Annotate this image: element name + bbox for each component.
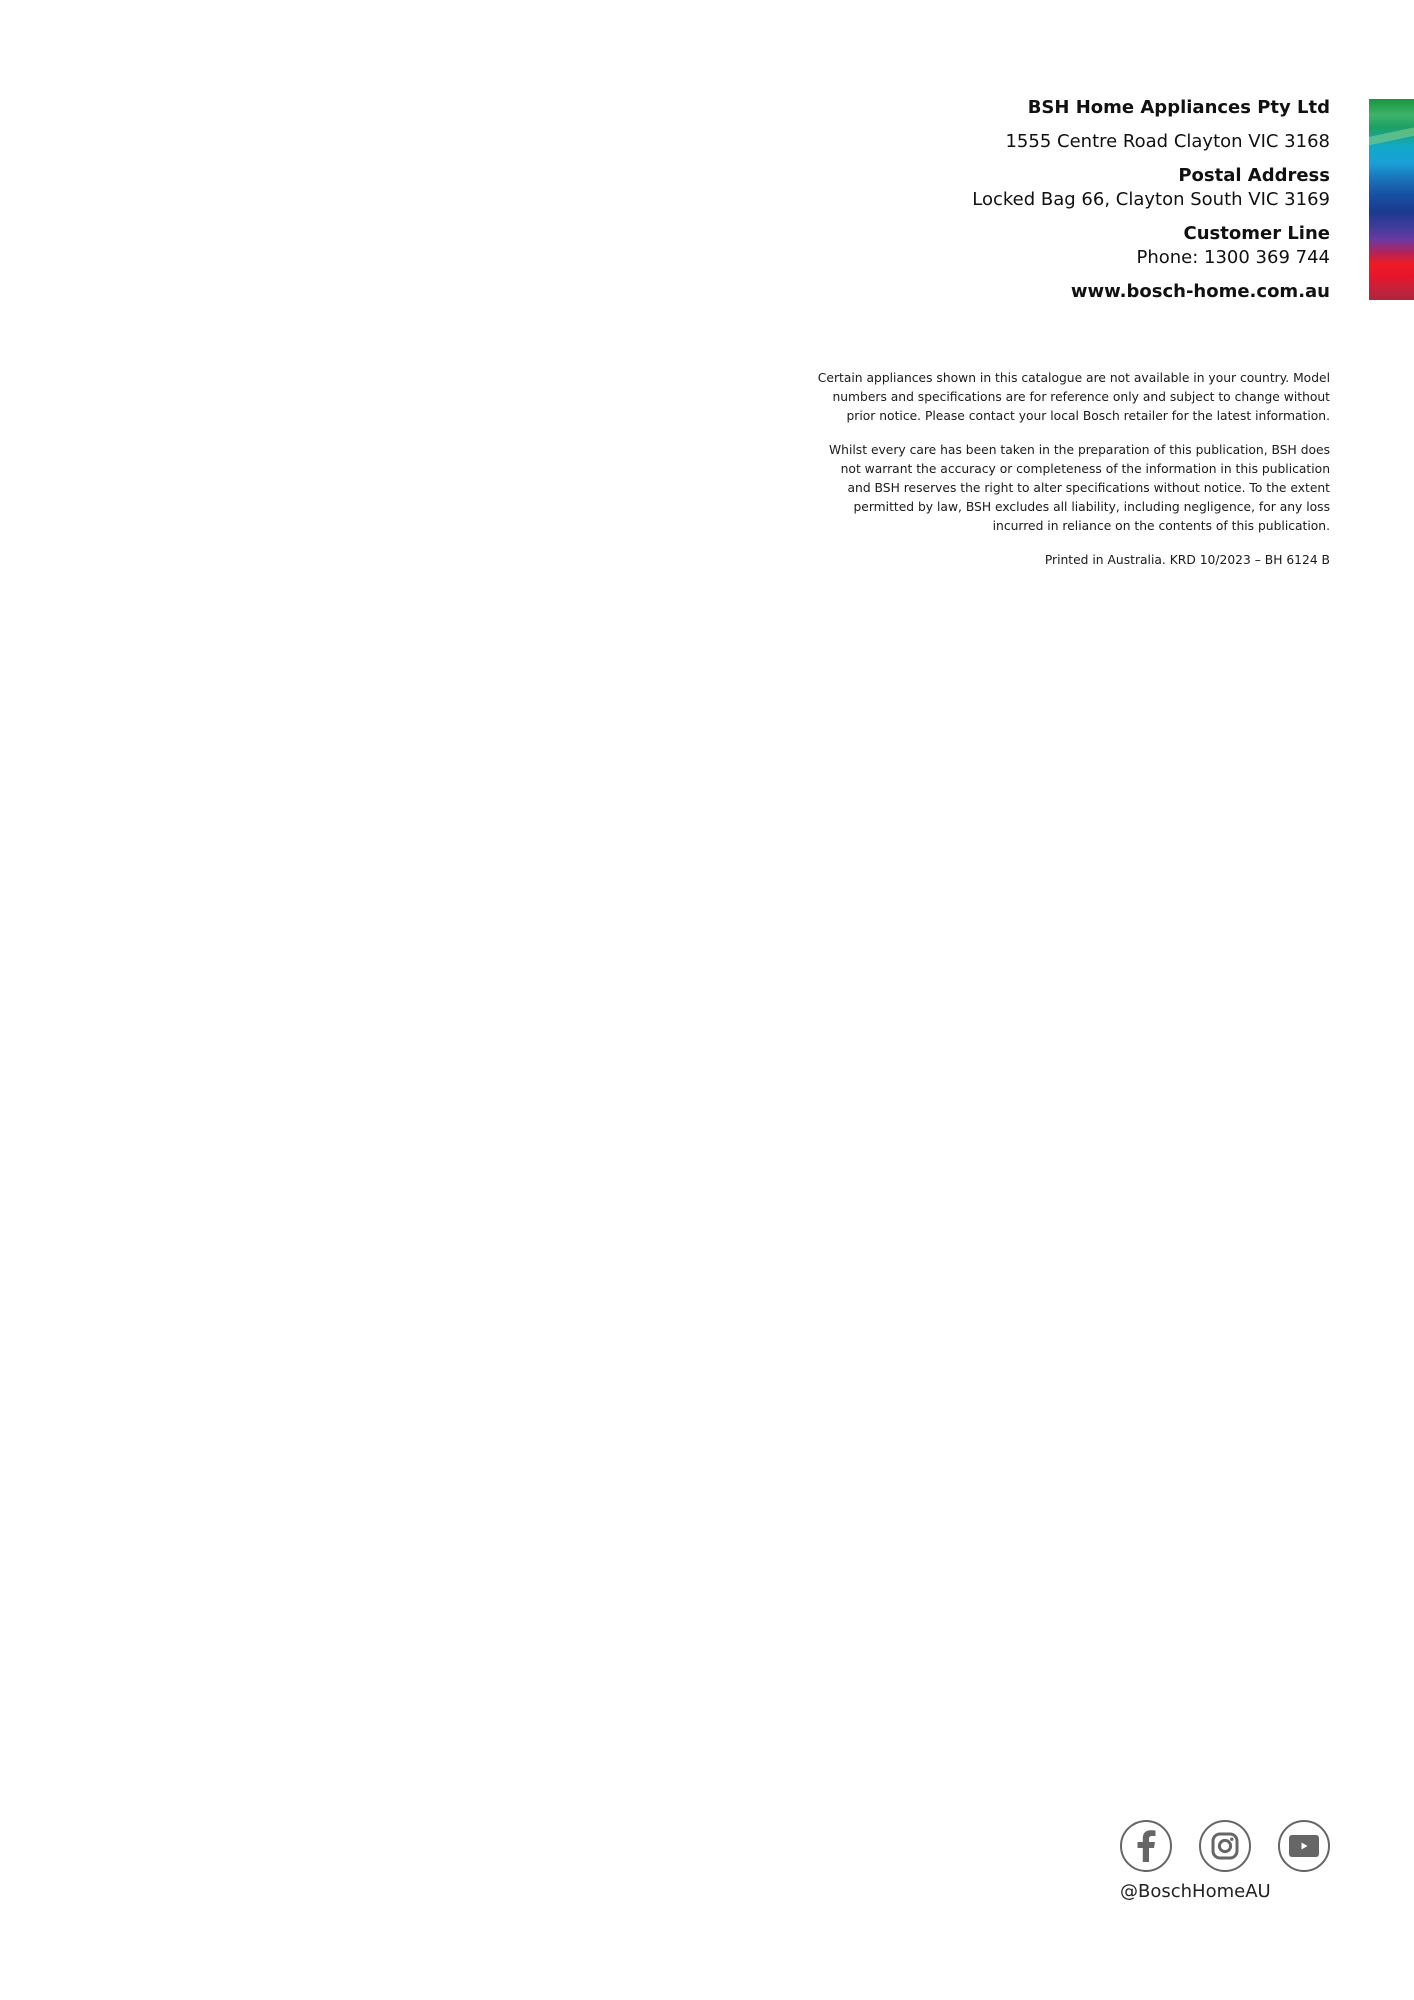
postal-address-label: Postal Address xyxy=(730,164,1330,188)
website-link[interactable]: www.bosch-home.com.au xyxy=(730,280,1330,304)
company-name: BSH Home Appliances Pty Ltd xyxy=(730,96,1330,120)
disclaimer-block: Certain appliances shown in this catalog… xyxy=(770,369,1330,585)
contact-block: BSH Home Appliances Pty Ltd 1555 Centre … xyxy=(730,96,1330,304)
disclaimer-line: permitted by law, BSH excludes all liabi… xyxy=(853,500,1330,514)
facebook-link[interactable] xyxy=(1120,1820,1172,1872)
liability-disclaimer: Whilst every care has been taken in the … xyxy=(770,441,1330,536)
disclaimer-line: and BSH reserves the right to alter spec… xyxy=(848,481,1330,495)
customer-phone: Phone: 1300 369 744 xyxy=(730,246,1330,270)
brand-color-stripe xyxy=(1369,99,1414,300)
disclaimer-line: Whilst every care has been taken in the … xyxy=(829,443,1330,457)
postal-address: Locked Bag 66, Clayton South VIC 3169 xyxy=(730,188,1330,212)
print-info: Printed in Australia. KRD 10/2023 – BH 6… xyxy=(770,551,1330,570)
youtube-link[interactable] xyxy=(1278,1820,1330,1872)
facebook-icon xyxy=(1135,1830,1157,1862)
disclaimer-line: Certain appliances shown in this catalog… xyxy=(818,371,1330,385)
customer-line-label: Customer Line xyxy=(730,222,1330,246)
social-handle: @BoschHomeAU xyxy=(1120,1880,1271,1904)
social-links xyxy=(1120,1820,1330,1872)
instagram-link[interactable] xyxy=(1199,1820,1251,1872)
disclaimer-line: not warrant the accuracy or completeness… xyxy=(841,462,1330,476)
disclaimer-line: prior notice. Please contact your local … xyxy=(847,409,1331,423)
disclaimer-line: numbers and specifications are for refer… xyxy=(832,390,1330,404)
youtube-icon xyxy=(1289,1835,1319,1857)
street-address: 1555 Centre Road Clayton VIC 3168 xyxy=(730,130,1330,154)
instagram-icon xyxy=(1211,1832,1239,1860)
disclaimer-line: incurred in reliance on the contents of … xyxy=(993,519,1330,533)
availability-disclaimer: Certain appliances shown in this catalog… xyxy=(770,369,1330,426)
